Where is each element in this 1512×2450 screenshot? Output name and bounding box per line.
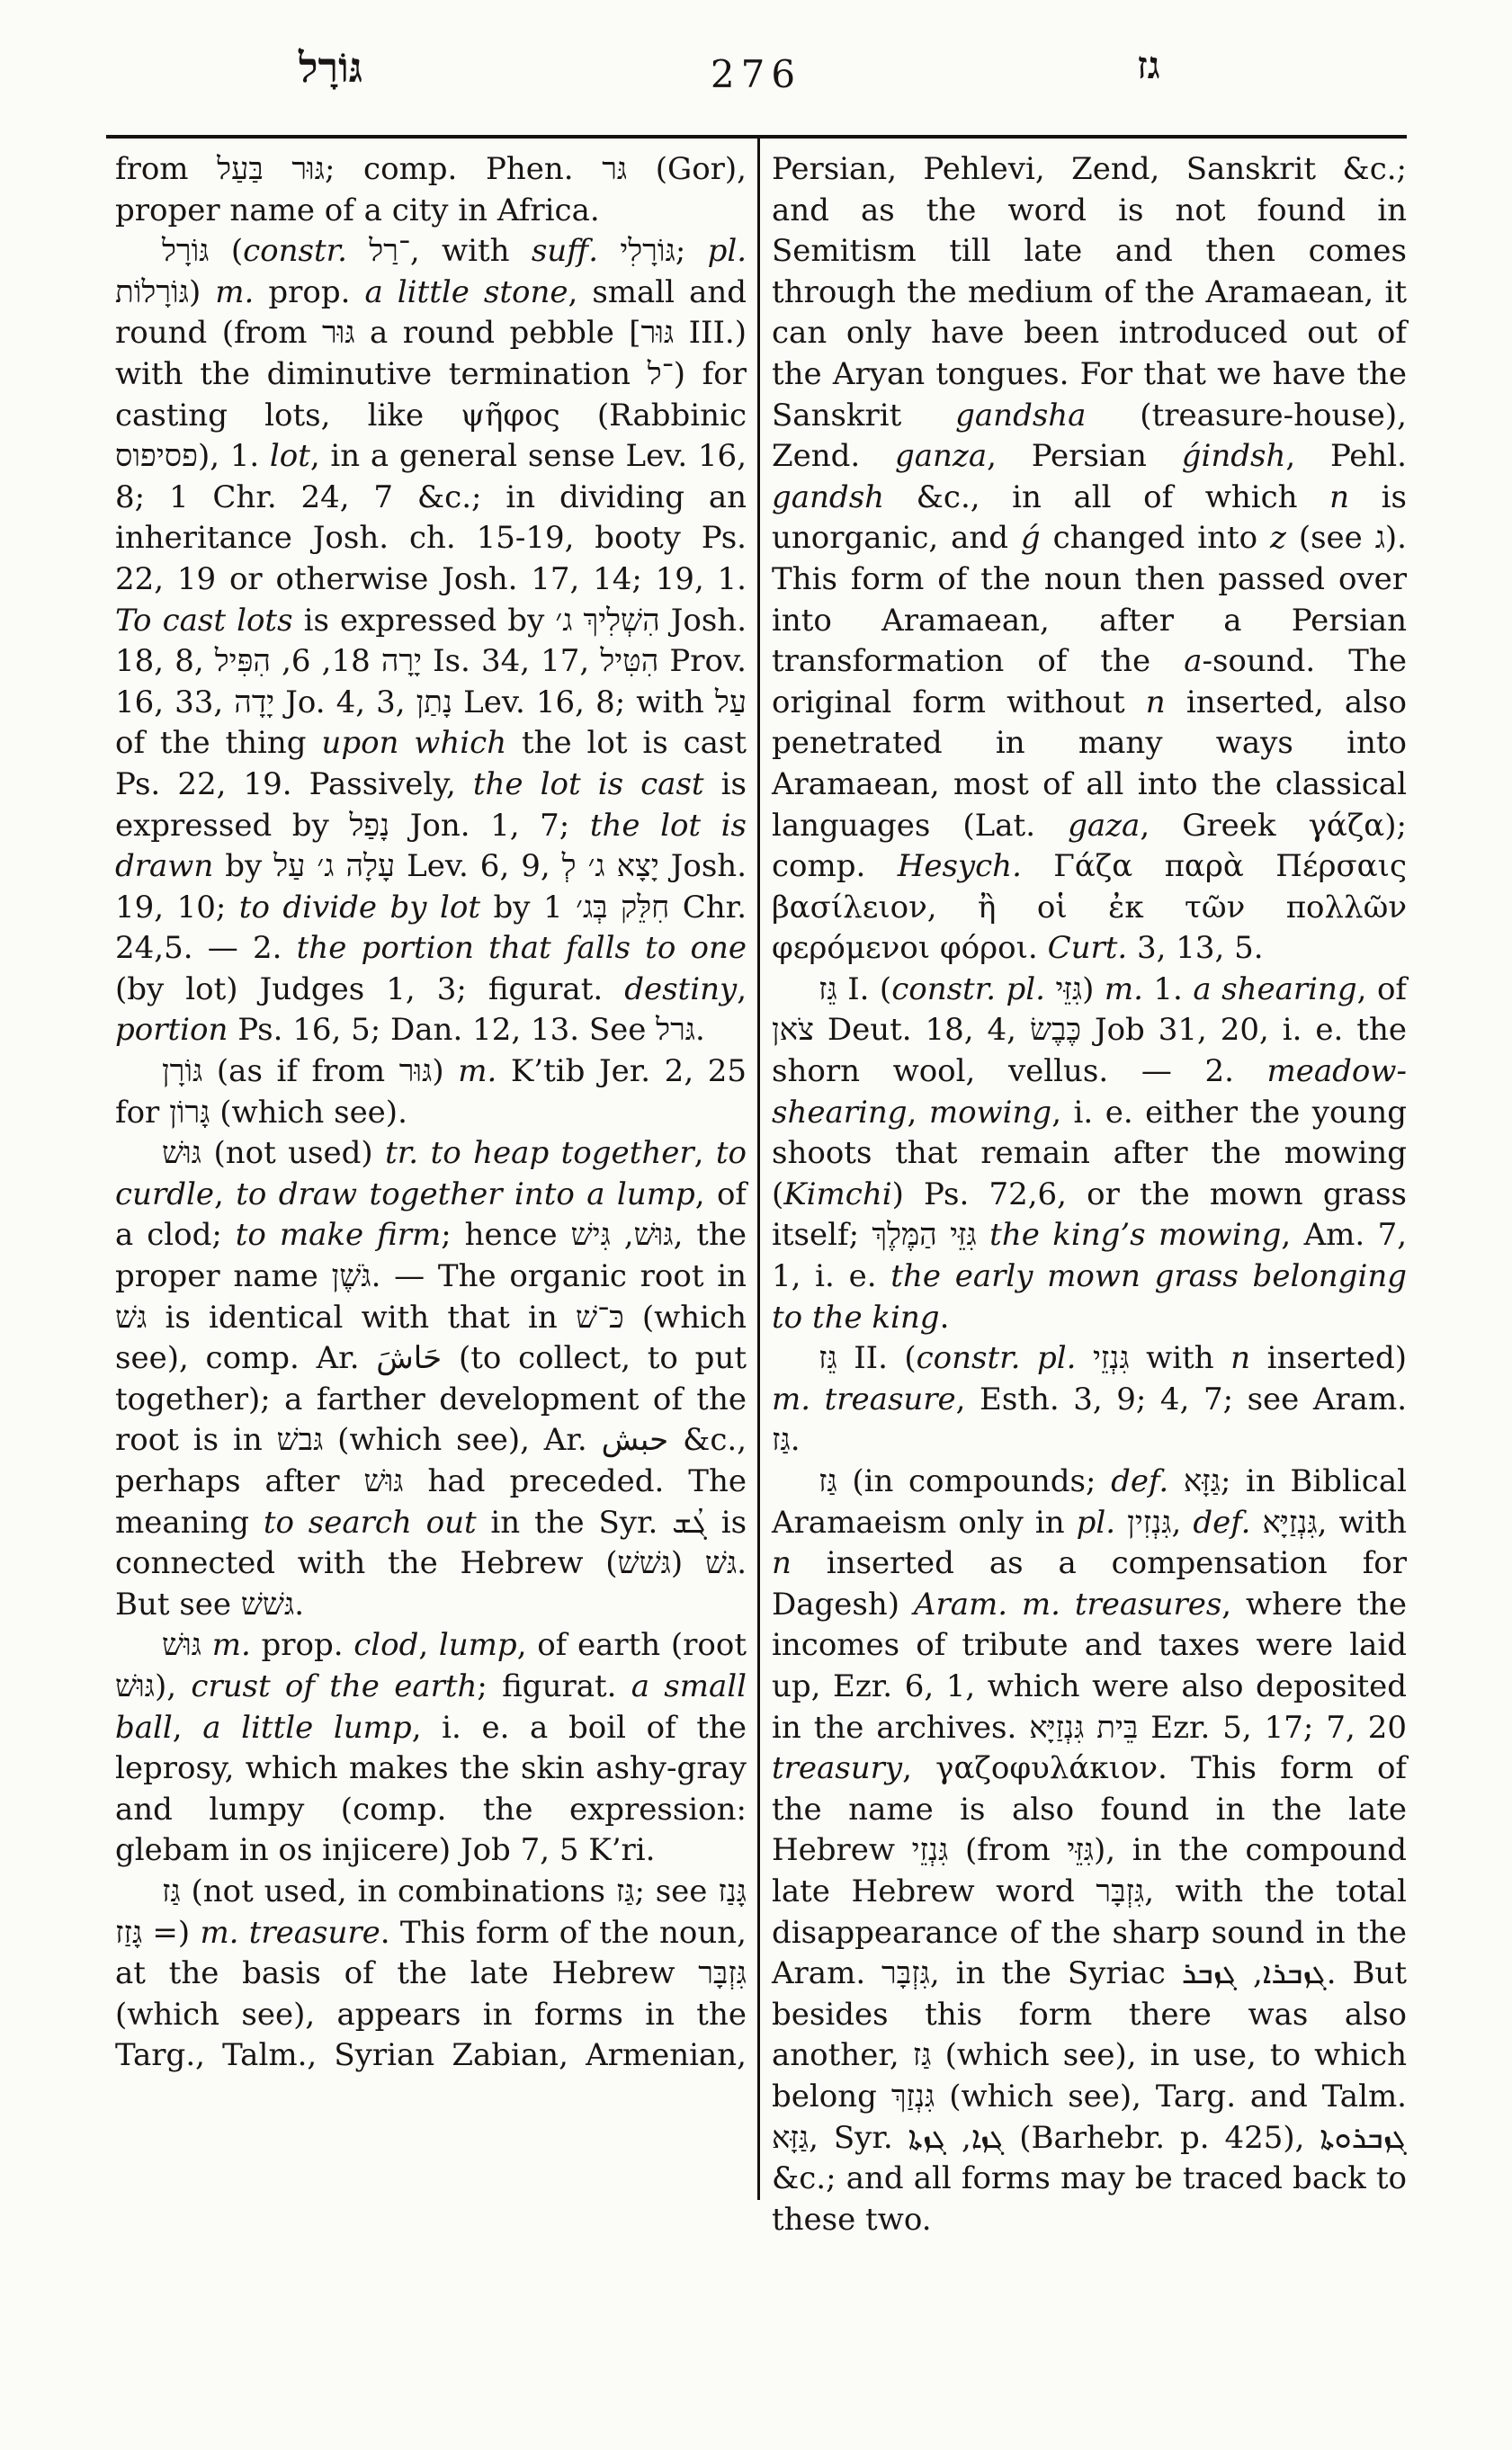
entry-gez-two: גֵּז II. (constr. pl. גִּנְזֵי with n in… [772, 1338, 1407, 1462]
entry-gez-one: גֵּז I. (constr. pl. גִּזֵּי) m. 1. a sh… [772, 970, 1407, 1338]
column-right: Persian, Pehlevi, Zend, Sanskrit &c.; an… [772, 149, 1407, 2240]
column-left: from גּוּר בַּעַל; comp. Phen. גּר (Gor)… [115, 149, 747, 2077]
entry-gaz-hebrew: גַּז (not used, in combinations גַּז; se… [115, 1872, 747, 2077]
entry-gush-verb: גּוּשׁ (not used) tr. to heap together, … [115, 1133, 747, 1625]
entry-gaz-aramaic: גַּז (in compounds; def. גַּזָּא; in Bib… [772, 1462, 1407, 2240]
scanned-dictionary-page: גּוֹרָל 276 גז from גּוּר בַּעַל; comp. … [0, 0, 1512, 2450]
page-number: 276 [711, 52, 801, 96]
running-head-left: גּוֹרָל [299, 47, 362, 88]
entry-gaz-continuation: Persian, Pehlevi, Zend, Sanskrit &c.; an… [772, 149, 1407, 970]
running-head-right: גז [1137, 47, 1160, 85]
header-rule [106, 135, 1407, 139]
column-divider [757, 139, 760, 2200]
entry-goral: גּוֹרָל (constr. ־רַל, with suff. גּוֹרָ… [115, 231, 747, 1051]
entry-gor-continuation: from גּוּר בַּעַל; comp. Phen. גּר (Gor)… [115, 149, 747, 231]
entry-goran: גּוֹרָן (as if from גּוּר) m. K’tib Jer.… [115, 1051, 747, 1133]
entry-gush-noun: גּוּשׁ m. prop. clod, lump, of earth (ro… [115, 1625, 747, 1872]
